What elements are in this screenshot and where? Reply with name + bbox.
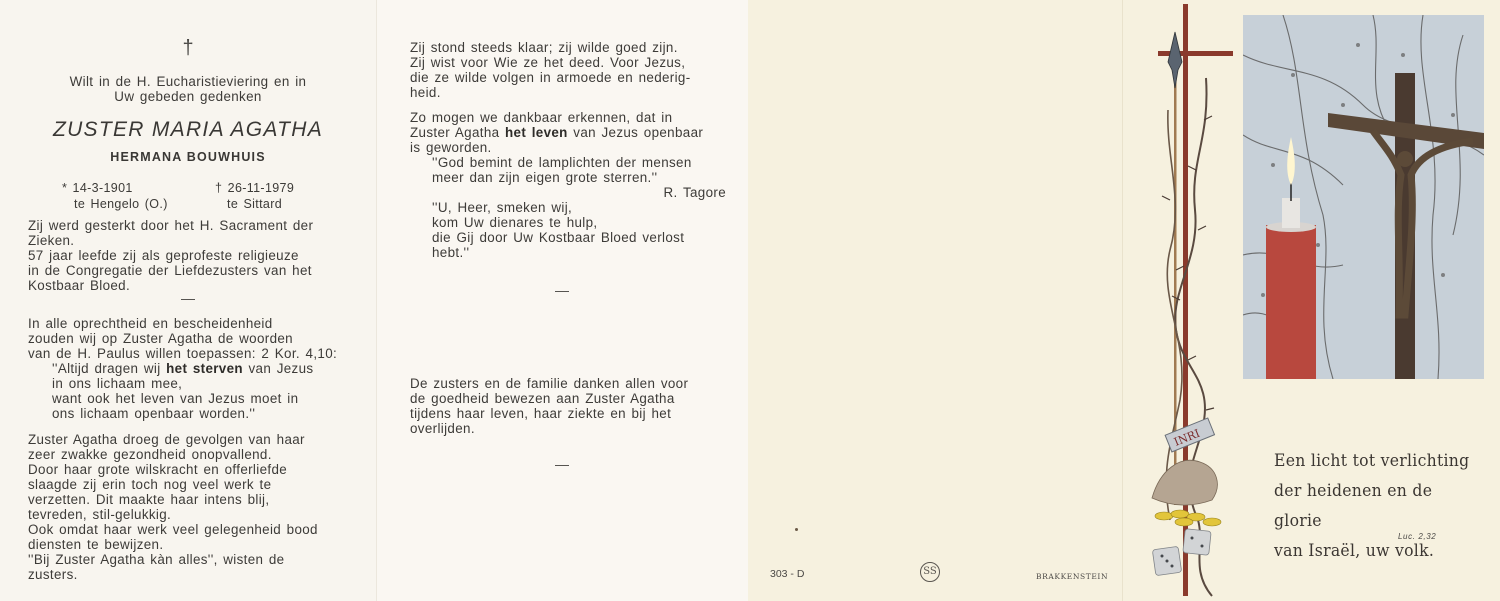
paragraph-grateful: Zo mogen we dankbaar erkennen, dat in Zu… (410, 110, 730, 260)
dagger-icon: † (215, 181, 222, 195)
death-place: te Sittard (215, 196, 294, 212)
text-line: Zuster Agatha het leven van Jezus openba… (410, 125, 730, 140)
text-line: In alle oprechtheid en bescheidenheid (28, 316, 368, 331)
text-line: is geworden. (410, 140, 730, 155)
text-line: Zo mogen we dankbaar erkennen, dat in (410, 110, 730, 125)
prayer-line: ''U, Heer, smeken wij, (410, 200, 730, 215)
text-line: Zuster Agatha droeg de gevolgen van haar (28, 432, 368, 447)
intro-text: Wilt in de H. Eucharistieviering en in U… (0, 74, 376, 104)
text-line: zusters. (28, 567, 368, 582)
deceased-name: ZUSTER MARIA AGATHA (0, 118, 376, 142)
text-line: tijdens haar leven, haar ziekte en bij h… (410, 406, 730, 421)
intro-line: Uw gebeden gedenken (0, 89, 376, 104)
text-line: zouden wij op Zuster Agatha de woorden (28, 331, 368, 346)
prayer-line: die Gij door Uw Kostbaar Bloed verlost (410, 230, 730, 245)
birth-place: te Hengelo (O.) (62, 196, 168, 212)
quote-author: R. Tagore (410, 185, 730, 200)
quote-line: ''Altijd dragen wij het sterven van Jezu… (28, 361, 368, 376)
text-line: Zieken. (28, 233, 368, 248)
intro-line: Wilt in de H. Eucharistieviering en in (0, 74, 376, 89)
text-line: tevreden, stil-gelukkig. (28, 507, 368, 522)
text-line: van de H. Paulus willen toepassen: 2 Kor… (28, 346, 368, 361)
card-code: 303 - D (770, 568, 804, 580)
paragraph-sacrament: Zij werd gesterkt door het H. Sacrament … (28, 218, 368, 293)
verse-line: van Israël, uw volk. (1274, 536, 1482, 566)
text-line: Zij werd gesterkt door het H. Sacrament … (28, 218, 368, 233)
paragraph-thanks: De zusters en de familie danken allen vo… (410, 376, 730, 436)
text-line: zeer zwakke gezondheid onopvallend. (28, 447, 368, 462)
death-date: 26-11-1979 (228, 181, 295, 195)
text-line: die ze wilde volgen in armoede en nederi… (410, 70, 730, 85)
text-line: Ook omdat haar werk veel gelegenheid boo… (28, 522, 368, 537)
verse-line: der heidenen en de glorie (1274, 476, 1482, 536)
text-line: Zij stond steeds klaar; zij wilde goed z… (410, 40, 730, 55)
quote-line: ''God bemint de lamplichten der mensen (410, 155, 730, 170)
text-line: overlijden. (410, 421, 730, 436)
separator: — (376, 282, 748, 298)
text-line: in de Congregatie der Liefdezusters van … (28, 263, 368, 278)
text-line: 57 jaar leefde zij als geprofeste religi… (28, 248, 368, 263)
cross-vertical (1183, 4, 1188, 596)
birth-date: 14-3-1901 (73, 181, 133, 195)
paragraph-ready: Zij stond steeds klaar; zij wilde goed z… (410, 40, 730, 100)
paper-speck (795, 528, 798, 531)
quote-line: meer dan zijn eigen grote sterren.'' (410, 170, 730, 185)
paragraph-life: Zuster Agatha droeg de gevolgen van haar… (28, 432, 368, 582)
verse-line: Een licht tot verlichting (1274, 446, 1482, 476)
publisher-logo-icon: SS (920, 562, 940, 582)
quote-line: in ons lichaam mee, (28, 376, 368, 391)
star-icon: * (62, 181, 67, 195)
text-line: ''Bij Zuster Agatha kàn alles'', wisten … (28, 552, 368, 567)
paragraph-paulus: In alle oprechtheid en bescheidenheid zo… (28, 316, 368, 421)
birth-name: HERMANA BOUWHUIS (0, 150, 376, 164)
text-line: de goedheid bewezen aan Zuster Agatha (410, 391, 730, 406)
prayer-line: hebt.'' (410, 245, 730, 260)
text-line: slaagde zij erin toch nog veel werk te (28, 477, 368, 492)
text-line: diensten te bewijzen. (28, 537, 368, 552)
text-line: Zij wist voor Wie ze het deed. Voor Jezu… (410, 55, 730, 70)
text-line: Door haar grote wilskracht en offerliefd… (28, 462, 368, 477)
panel-back (748, 0, 1122, 601)
quote-line: ons lichaam openbaar worden.'' (28, 406, 368, 421)
publisher-name: BRAKKENSTEIN (1036, 572, 1108, 581)
prayer-line: kom Uw dienares te hulp, (410, 215, 730, 230)
text-line: De zusters en de familie danken allen vo… (410, 376, 730, 391)
candle-crucifix-photo (1243, 15, 1484, 379)
quote-line: want ook het leven van Jezus moet in (28, 391, 368, 406)
cross-icon: † (0, 37, 376, 60)
cross-illustration: INRI (1140, 0, 1240, 601)
verse-reference: Luc. 2,32 (1398, 532, 1436, 541)
separator: — (0, 290, 376, 306)
text-line: heid. (410, 85, 730, 100)
separator: — (376, 456, 748, 472)
text-line: verzetten. Dit maakte haar intens blij, (28, 492, 368, 507)
death-info: † 26-11-1979 te Sittard (215, 180, 294, 212)
birth-info: * 14-3-1901 te Hengelo (O.) (62, 180, 168, 212)
bible-verse: Een licht tot verlichting der heidenen e… (1274, 446, 1482, 566)
